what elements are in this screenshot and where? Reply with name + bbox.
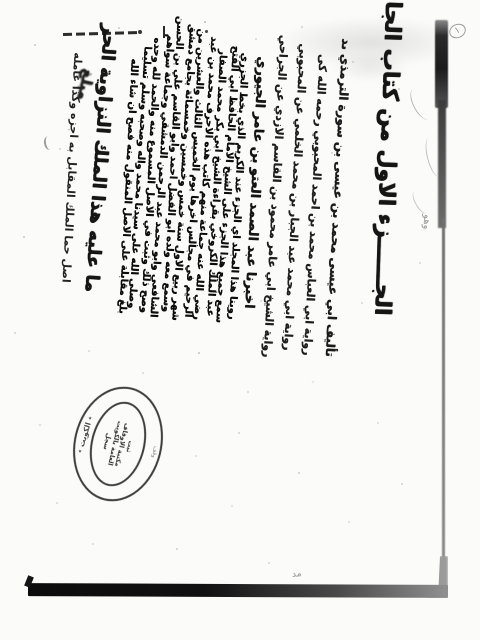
bottom-page-edge-bar — [28, 583, 448, 598]
pencil-scribble — [43, 135, 55, 151]
binding-edge-line — [442, 218, 445, 574]
library-stamp: ٭ الكويت ٭ وقف ثبتمكتبة الاوقافالعامة با… — [61, 377, 174, 511]
pencil-note: مد — [291, 566, 332, 582]
circled-folio-number: ١ — [447, 21, 468, 41]
folio-number: ١ — [453, 25, 461, 36]
rotated-manuscript-text-block: وهوالجــــــزء الاول من كتاب الجامعتأليف… — [47, 30, 443, 369]
manuscript-line-title: الجــــــزء الاول من كتاب الجامع — [348, 46, 425, 316]
manuscript-scan-page: ١ مبلغ مد وهوالجــــــزء الاول من كتاب ا… — [0, 0, 480, 640]
scan-noise-speckles — [0, 0, 2, 2]
